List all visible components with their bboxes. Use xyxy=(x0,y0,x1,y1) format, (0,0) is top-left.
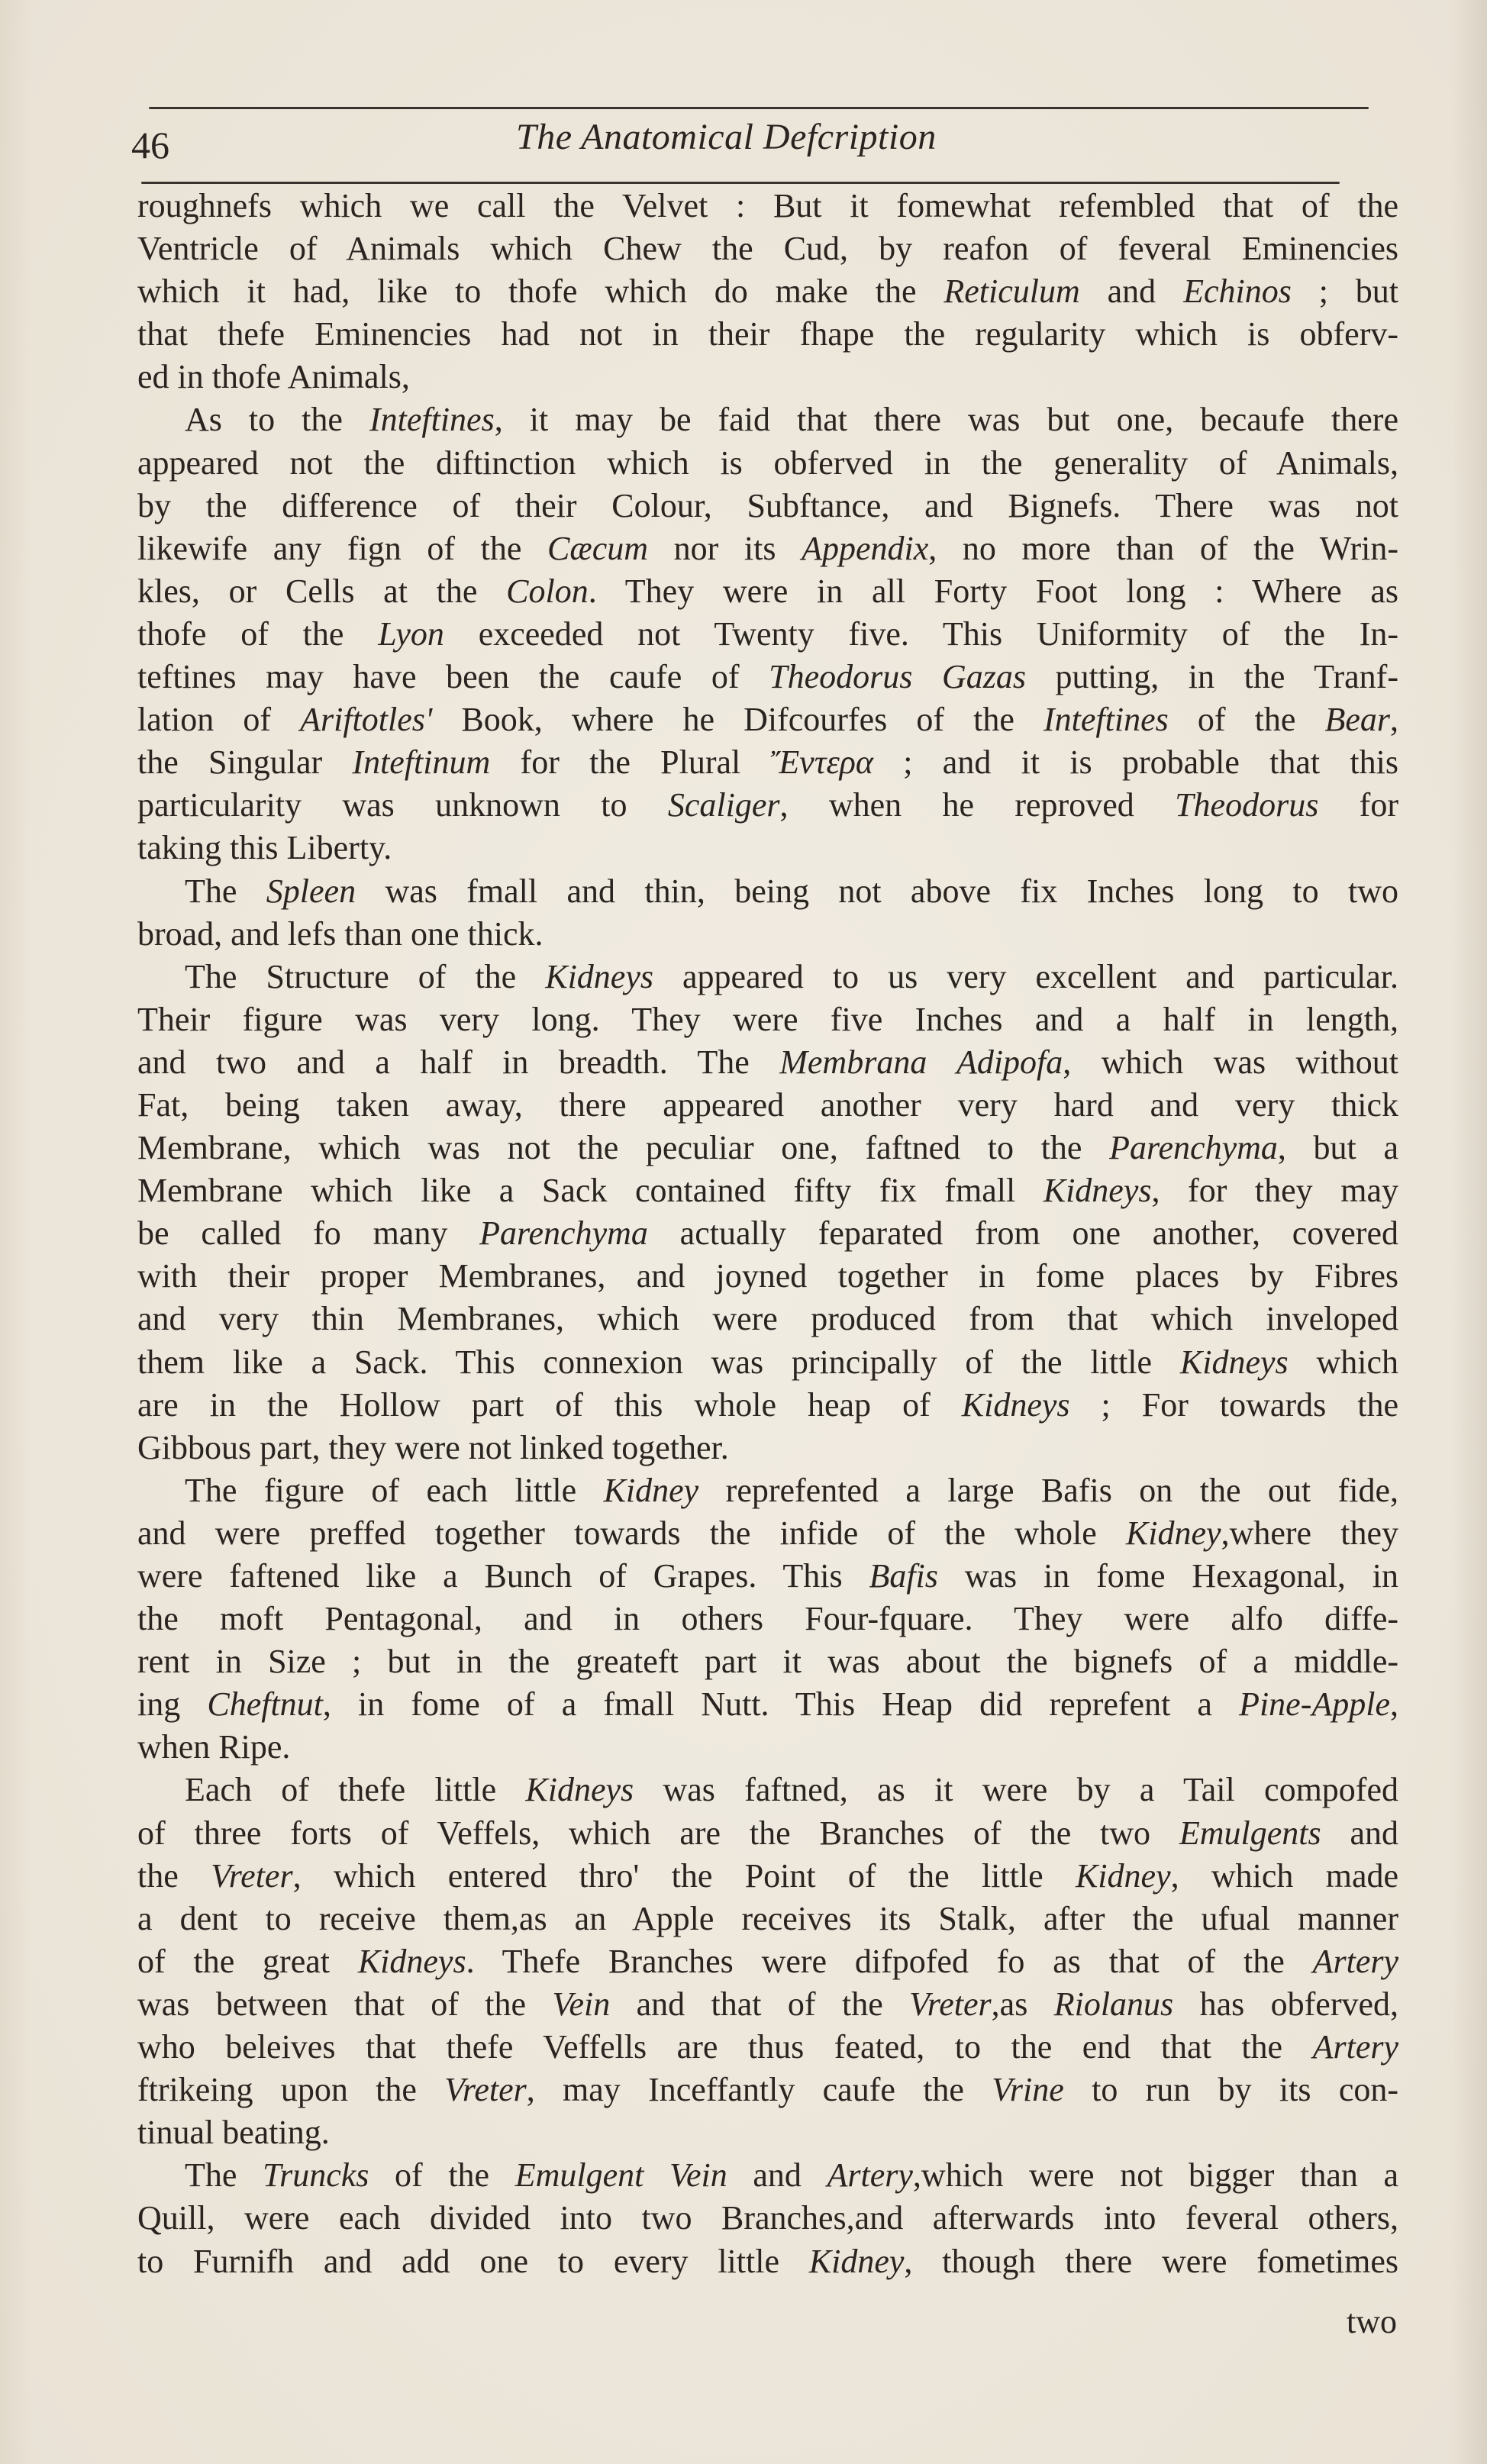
text-run: ,where they xyxy=(1221,1514,1398,1552)
text-run: Book, where he Difcourfes of the xyxy=(432,701,1043,738)
text-line: appeared not the diftinction which is ob… xyxy=(137,442,1398,485)
italic-term: Theodorus Gazas xyxy=(769,658,1026,695)
italic-term: Kidneys xyxy=(1180,1343,1289,1381)
text-line: them like a Sack. This connexion was pri… xyxy=(137,1341,1398,1384)
text-run: Ventricle of Animals which Chew the Cud,… xyxy=(137,230,1398,267)
text-run: . They were in all Forty Foot long : Whe… xyxy=(589,572,1398,610)
italic-term: Parenchyma xyxy=(479,1214,648,1252)
text-line: particularity was unknown to Scaliger, w… xyxy=(137,784,1398,827)
italic-term: Membrana Adipofa xyxy=(779,1043,1063,1081)
italic-term: Pine-Apple xyxy=(1239,1685,1390,1723)
text-line: roughnefs which we call the Velvet : But… xyxy=(137,185,1398,227)
italic-term: Bear xyxy=(1324,701,1390,738)
text-line: tinual beating. xyxy=(137,2111,1398,2154)
italic-term: Kidneys xyxy=(545,958,653,995)
text-run: for the Plural xyxy=(490,743,770,781)
text-run: was between that of the xyxy=(137,1985,552,2023)
text-run: of the great xyxy=(137,1943,358,1980)
text-run: appeared not the diftinction which is ob… xyxy=(137,444,1398,482)
text-line: are in the Hollow part of this whole hea… xyxy=(137,1384,1398,1427)
text-line: of three forts of Veffels, which are the… xyxy=(137,1812,1398,1855)
text-run: the xyxy=(137,1857,211,1895)
text-line: which it had, like to thofe which do mak… xyxy=(137,270,1398,313)
text-run: of three forts of Veffels, which are the… xyxy=(137,1814,1179,1852)
text-line: Ventricle of Animals which Chew the Cud,… xyxy=(137,227,1398,270)
text-line: ing Cheftnut, in fome of a fmall Nutt. T… xyxy=(137,1683,1398,1726)
text-run: are in the Hollow part of this whole hea… xyxy=(137,1386,962,1424)
text-run: was in fome Hexagonal, in xyxy=(938,1557,1398,1595)
italic-term: Theodorus xyxy=(1175,786,1318,824)
page-number: 46 xyxy=(131,122,169,168)
italic-term: Inteftinum xyxy=(352,743,490,781)
italic-term: Riolanus xyxy=(1054,1985,1173,2023)
text-line: the Vreter, which entered thro' the Poin… xyxy=(137,1855,1398,1898)
italic-term: Ariftotles' xyxy=(300,701,432,738)
text-run: , no more than of the Wrin- xyxy=(928,530,1398,567)
text-line: Fat, being taken away, there appeared an… xyxy=(137,1084,1398,1127)
text-line: the Singular Inteftinum for the Plural Ἔ… xyxy=(137,741,1398,784)
catchword: two xyxy=(1347,2301,1397,2343)
text-line: Their figure was very long. They were fi… xyxy=(137,998,1398,1041)
text-line: to Furnifh and add one to every little K… xyxy=(137,2240,1398,2283)
header-rule-top xyxy=(149,107,1369,109)
text-run: tinual beating. xyxy=(137,2114,330,2151)
text-line: As to the Inteftines, it may be faid tha… xyxy=(137,398,1398,441)
text-line: who beleives that thefe Veffells are thu… xyxy=(137,2026,1398,2069)
text-run: , but a xyxy=(1278,1129,1398,1166)
text-run: with their proper Membranes, and joyned … xyxy=(137,1257,1398,1295)
text-line: Membrane which like a Sack contained fif… xyxy=(137,1169,1398,1212)
text-run: , though there were fometimes xyxy=(904,2243,1398,2280)
text-run: by the difference of their Colour, Subft… xyxy=(137,487,1398,524)
text-line: by the difference of their Colour, Subft… xyxy=(137,485,1398,527)
text-line: were faftened like a Bunch of Grapes. Th… xyxy=(137,1555,1398,1598)
text-line: a dent to receive them,as an Apple recei… xyxy=(137,1898,1398,1940)
text-run: ; but xyxy=(1292,273,1398,310)
text-run: when Ripe. xyxy=(137,1728,290,1766)
text-run: ,which were not bigger than a xyxy=(913,2156,1398,2194)
text-run: and very thin Membranes, which were prod… xyxy=(137,1300,1398,1337)
text-run: reprefented a large Bafis on the out fid… xyxy=(698,1472,1398,1509)
italic-term: Reticulum xyxy=(943,273,1079,310)
text-line: be called fo many Parenchyma actually fe… xyxy=(137,1212,1398,1255)
text-run: , which made xyxy=(1171,1857,1398,1895)
text-line: and were preffed together towards the in… xyxy=(137,1512,1398,1555)
italic-term: Appendix xyxy=(802,530,928,567)
text-run: has obferved, xyxy=(1173,1985,1398,2023)
text-run: teftines may have been the caufe of xyxy=(137,658,769,695)
text-run: and that of the xyxy=(610,1985,909,2023)
text-line: ed in thofe Animals, xyxy=(137,356,1398,398)
text-line: broad, and lefs than one thick. xyxy=(137,913,1398,956)
italic-term: Emulgent Vein xyxy=(515,2156,727,2194)
text-line: ftrikeing upon the Vreter, may Inceffant… xyxy=(137,2069,1398,2111)
italic-term: Kidneys xyxy=(1043,1172,1152,1209)
text-run: putting, in the Tranf- xyxy=(1026,658,1398,695)
text-line: likewife any fign of the Cæcum nor its A… xyxy=(137,527,1398,570)
italic-term: Cæcum xyxy=(547,530,648,567)
text-line: and two and a half in breadth. The Membr… xyxy=(137,1041,1398,1084)
text-line: Gibbous part, they were not linked toget… xyxy=(137,1427,1398,1469)
italic-term: Spleen xyxy=(266,872,356,910)
italic-term: Colon xyxy=(506,572,589,610)
text-run: actually feparated from one another, cov… xyxy=(648,1214,1398,1252)
italic-term: Lyon xyxy=(378,615,444,653)
text-run: , for they may xyxy=(1152,1172,1399,1209)
running-title: The Anatomical Defcription xyxy=(516,113,937,162)
text-run: of the xyxy=(369,2156,514,2194)
text-run: the moft Pentagonal, and in others Four-… xyxy=(137,1600,1398,1637)
text-run: the Singular xyxy=(137,743,352,781)
text-run: which it had, like to thofe which do mak… xyxy=(137,273,943,310)
text-run: , may Inceffantly caufe the xyxy=(527,2071,992,2108)
text-run: broad, and lefs than one thick. xyxy=(137,915,544,953)
text-run: The Structure of the xyxy=(185,958,545,995)
text-line: The Truncks of the Emulgent Vein and Art… xyxy=(137,2154,1398,2197)
text-run: kles, or Cells at the xyxy=(137,572,506,610)
text-run: ; and it is probable that this xyxy=(873,743,1398,781)
text-run: , xyxy=(1390,701,1398,738)
text-line: The Spleen was fmall and thin, being not… xyxy=(137,870,1398,913)
text-line: lation of Ariftotles' Book, where he Dif… xyxy=(137,698,1398,741)
text-run: As to the xyxy=(185,401,369,438)
text-line: The figure of each little Kidney reprefe… xyxy=(137,1469,1398,1512)
text-run: to Furnifh and add one to every little xyxy=(137,2243,809,2280)
text-run: Membrane, which was not the peculiar one… xyxy=(137,1129,1109,1166)
text-line: taking this Liberty. xyxy=(137,827,1398,869)
italic-term: Vreter xyxy=(909,1985,992,2023)
text-run: nor its xyxy=(648,530,802,567)
text-run: , which was without xyxy=(1063,1043,1398,1081)
text-run: of the xyxy=(1169,701,1325,738)
text-run: and xyxy=(727,2156,827,2194)
text-run: and were preffed together towards the in… xyxy=(137,1514,1126,1552)
text-run: The xyxy=(185,872,266,910)
text-run: was faftned, as it were by a Tail compof… xyxy=(634,1771,1398,1808)
text-line: Membrane, which was not the peculiar one… xyxy=(137,1127,1398,1169)
text-run: and two and a half in breadth. The xyxy=(137,1043,779,1081)
text-run: was fmall and thin, being not above fix … xyxy=(356,872,1398,910)
italic-term: Vrine xyxy=(992,2071,1064,2108)
text-run: lation of xyxy=(137,701,300,738)
italic-term: Kidneys xyxy=(962,1386,1070,1424)
italic-term: Kidneys xyxy=(358,1943,466,1980)
italic-term: Vreter xyxy=(444,2071,527,2108)
text-line: The Structure of the Kidneys appeared to… xyxy=(137,956,1398,998)
text-run: The figure of each little xyxy=(185,1472,604,1509)
italic-term: Kidney xyxy=(1126,1514,1221,1552)
text-run: Fat, being taken away, there appeared an… xyxy=(137,1086,1398,1124)
text-line: kles, or Cells at the Colon. They were i… xyxy=(137,570,1398,613)
text-line: that thefe Eminencies had not in their f… xyxy=(137,313,1398,356)
text-run: ftrikeing upon the xyxy=(137,2071,444,2108)
text-run: ; For towards the xyxy=(1070,1386,1398,1424)
italic-term: Parenchyma xyxy=(1109,1129,1278,1166)
text-run: ed in thofe Animals, xyxy=(137,358,410,395)
text-line: rent in Size ; but in the greateft part … xyxy=(137,1640,1398,1683)
text-run: which xyxy=(1289,1343,1398,1381)
text-run: a dent to receive them,as an Apple recei… xyxy=(137,1900,1398,1937)
italic-term: Artery xyxy=(1313,2028,1398,2066)
book-page: 46 The Anatomical Defcription roughnefs … xyxy=(0,0,1487,2464)
italic-term: Ἔντερα xyxy=(771,743,873,781)
text-run: thofe of the xyxy=(137,615,378,653)
text-run: Membrane which like a Sack contained fif… xyxy=(137,1172,1043,1209)
text-run: , xyxy=(1390,1685,1398,1723)
italic-term: Kidney xyxy=(1076,1857,1171,1895)
text-run: roughnefs which we call the Velvet : But… xyxy=(137,187,1398,224)
text-line: Quill, were each divided into two Branch… xyxy=(137,2197,1398,2240)
italic-term: Vein xyxy=(552,1985,610,2023)
italic-term: Inteftines xyxy=(1043,701,1169,738)
text-run: rent in Size ; but in the greateft part … xyxy=(137,1643,1398,1680)
text-run: appeared to us very excellent and partic… xyxy=(653,958,1398,995)
text-run: be called fo many xyxy=(137,1214,479,1252)
text-line: of the great Kidneys. Thefe Branches wer… xyxy=(137,1940,1398,1983)
text-run: . Thefe Branches were difpofed fo as tha… xyxy=(466,1943,1313,1980)
italic-term: Bafis xyxy=(869,1557,937,1595)
text-run: and xyxy=(1321,1814,1398,1852)
text-run: for xyxy=(1318,786,1398,824)
text-run: Their figure was very long. They were fi… xyxy=(137,1001,1398,1038)
text-run: , in fome of a fmall Nutt. This Heap did… xyxy=(323,1685,1239,1723)
text-run: ing xyxy=(137,1685,207,1723)
body-text: roughnefs which we call the Velvet : But… xyxy=(137,185,1398,2283)
text-line: and very thin Membranes, which were prod… xyxy=(137,1298,1398,1340)
text-run: Gibbous part, they were not linked toget… xyxy=(137,1429,729,1466)
italic-term: Echinos xyxy=(1183,273,1292,310)
header-rule-bottom xyxy=(141,182,1340,184)
text-run: likewife any fign of the xyxy=(137,530,547,567)
text-run: taking this Liberty. xyxy=(137,829,392,866)
text-run: that thefe Eminencies had not in their f… xyxy=(137,315,1398,353)
text-run: The xyxy=(185,2156,263,2194)
italic-term: Scaliger xyxy=(668,786,780,824)
text-run: particularity was unknown to xyxy=(137,786,668,824)
text-run: Each of thefe little xyxy=(185,1771,525,1808)
italic-term: Artery xyxy=(1313,1943,1398,1980)
text-line: with their proper Membranes, and joyned … xyxy=(137,1255,1398,1298)
text-line: thofe of the Lyon exceeded not Twenty fi… xyxy=(137,613,1398,656)
italic-term: Cheftnut xyxy=(207,1685,323,1723)
text-run: , it may be faid that there was but one,… xyxy=(495,401,1398,438)
italic-term: Emulgents xyxy=(1179,1814,1321,1852)
text-run: them like a Sack. This connexion was pri… xyxy=(137,1343,1180,1381)
italic-term: Kidney xyxy=(604,1472,699,1509)
italic-term: Vreter xyxy=(211,1857,293,1895)
text-line: when Ripe. xyxy=(137,1726,1398,1769)
text-line: teftines may have been the caufe of Theo… xyxy=(137,656,1398,698)
text-run: were faftened like a Bunch of Grapes. Th… xyxy=(137,1557,869,1595)
text-run: and xyxy=(1080,273,1183,310)
text-run: , when he reproved xyxy=(779,786,1175,824)
italic-term: Truncks xyxy=(263,2156,369,2194)
text-line: Each of thefe little Kidneys was faftned… xyxy=(137,1769,1398,1811)
text-run: who beleives that thefe Veffells are thu… xyxy=(137,2028,1313,2066)
text-run: , which entered thro' the Point of the l… xyxy=(293,1857,1076,1895)
text-line: was between that of the Vein and that of… xyxy=(137,1983,1398,2026)
text-run: exceeded not Twenty five. This Uniformit… xyxy=(444,615,1398,653)
italic-term: Kidneys xyxy=(525,1771,634,1808)
italic-term: Inteftines xyxy=(369,401,495,438)
text-run: ,as xyxy=(992,1985,1054,2023)
text-run: to run by its con- xyxy=(1064,2071,1398,2108)
text-run: Quill, were each divided into two Branch… xyxy=(137,2199,1398,2237)
italic-term: Artery xyxy=(827,2156,913,2194)
text-line: the moft Pentagonal, and in others Four-… xyxy=(137,1598,1398,1640)
italic-term: Kidney xyxy=(809,2243,905,2280)
